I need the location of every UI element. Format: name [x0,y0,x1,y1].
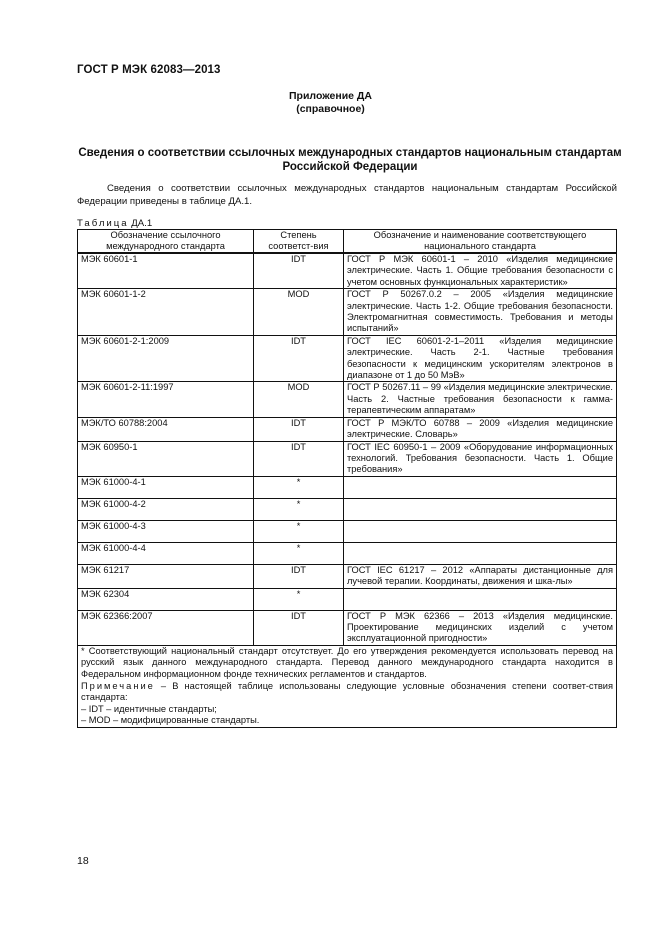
table-row: МЭК 61000-4-1 * [78,476,617,498]
note-text: – В настоящей таблице использованы следу… [81,681,613,703]
cell-national: ГОСТ IEC 60601-2-1–2011 «Изделия медицин… [344,335,617,382]
cell-degree: IDT [254,417,344,441]
cell-national [344,498,617,520]
table-row: МЭК 62366:2007 IDT ГОСТ Р МЭК 62366 – 20… [78,610,617,645]
table-row: МЭК 61000-4-3 * [78,520,617,542]
cell-code: МЭК 60601-1 [78,253,254,289]
table-row: МЭК 61000-4-4 * [78,542,617,564]
cell-code: МЭК 61000-4-2 [78,498,254,520]
annex-heading: Приложение ДА (справочное) [0,90,661,116]
header-degree: Степень соответст-вия [254,230,344,254]
cell-national [344,588,617,610]
table-row: МЭК/ТО 60788:2004 IDT ГОСТ Р МЭК/ТО 6078… [78,417,617,441]
table-row: МЭК 61217 IDT ГОСТ IEC 61217 – 2012 «Апп… [78,564,617,588]
cell-national: ГОСТ Р 50267.11 – 99 «Изделия медицински… [344,382,617,417]
cell-degree: IDT [254,610,344,645]
table-row: МЭК 60601-2-1:2009 IDT ГОСТ IEC 60601-2-… [78,335,617,382]
cell-national [344,542,617,564]
cell-degree: * [254,476,344,498]
cell-degree: IDT [254,253,344,289]
annex-subtitle: (справочное) [0,103,661,116]
correspondence-table: Обозначение ссылочного международного ст… [77,229,617,728]
cell-code: МЭК 60950-1 [78,441,254,476]
cell-national: ГОСТ IEC 60950-1 – 2009 «Оборудование ин… [344,441,617,476]
cell-national: ГОСТ Р 50267.0.2 – 2005 «Изделия медицин… [344,289,617,336]
table-row: МЭК 62304 * [78,588,617,610]
footnote-text: * Соответствующий национальный стандарт … [81,646,613,681]
cell-degree: IDT [254,564,344,588]
annex-title: Приложение ДА [0,90,661,103]
cell-national: ГОСТ Р МЭК 60601-1 – 2010 «Изделия медиц… [344,253,617,289]
cell-national [344,476,617,498]
table-caption-id: ДА.1 [129,218,153,229]
cell-national: ГОСТ IEC 61217 – 2012 «Аппараты дистанци… [344,564,617,588]
table-footnote-row: * Соответствующий национальный стандарт … [78,645,617,727]
cell-code: МЭК 60601-2-11:1997 [78,382,254,417]
table-header-row: Обозначение ссылочного международного ст… [78,230,617,254]
cell-degree: * [254,498,344,520]
cell-code: МЭК 61217 [78,564,254,588]
table-footnote: * Соответствующий национальный стандарт … [78,645,617,727]
table-row: МЭК 60601-1-2 MOD ГОСТ Р 50267.0.2 – 200… [78,289,617,336]
table-caption: Таблица ДА.1 [77,218,152,229]
cell-degree: IDT [254,335,344,382]
cell-degree: * [254,588,344,610]
cell-degree: MOD [254,382,344,417]
cell-national: ГОСТ Р МЭК 62366 – 2013 «Изделия медицин… [344,610,617,645]
cell-code: МЭК 62366:2007 [78,610,254,645]
table-caption-prefix: Таблица [77,218,129,229]
legend-idt: – IDT – идентичные стандарты; [81,704,613,716]
cell-code: МЭК 61000-4-1 [78,476,254,498]
legend-mod: – MOD – модифицированные стандарты. [81,715,613,727]
cell-code: МЭК 60601-1-2 [78,289,254,336]
cell-national: ГОСТ Р МЭК/ТО 60788 – 2009 «Изделия меди… [344,417,617,441]
cell-code: МЭК 62304 [78,588,254,610]
table-note: Примечание – В настоящей таблице использ… [81,681,613,704]
cell-degree: * [254,520,344,542]
table-row: МЭК 60601-1 IDT ГОСТ Р МЭК 60601-1 – 201… [78,253,617,289]
cell-code: МЭК 61000-4-4 [78,542,254,564]
intro-paragraph: Сведения о соответствии ссылочных междун… [77,183,617,208]
header-national-standard: Обозначение и наименование соответствующ… [344,230,617,254]
document-code: ГОСТ Р МЭК 62083—2013 [77,64,221,76]
cell-code: МЭК 61000-4-3 [78,520,254,542]
cell-national [344,520,617,542]
table-row: МЭК 61000-4-2 * [78,498,617,520]
table-row: МЭК 60601-2-11:1997 MOD ГОСТ Р 50267.11 … [78,382,617,417]
cell-code: МЭК 60601-2-1:2009 [78,335,254,382]
header-international-standard: Обозначение ссылочного международного ст… [78,230,254,254]
cell-degree: MOD [254,289,344,336]
page-number: 18 [77,855,89,867]
note-label: Примечание [81,681,155,691]
table-row: МЭК 60950-1 IDT ГОСТ IEC 60950-1 – 2009 … [78,441,617,476]
cell-degree: * [254,542,344,564]
cell-degree: IDT [254,441,344,476]
section-title: Сведения о соответствии ссылочных междун… [70,146,630,174]
cell-code: МЭК/ТО 60788:2004 [78,417,254,441]
